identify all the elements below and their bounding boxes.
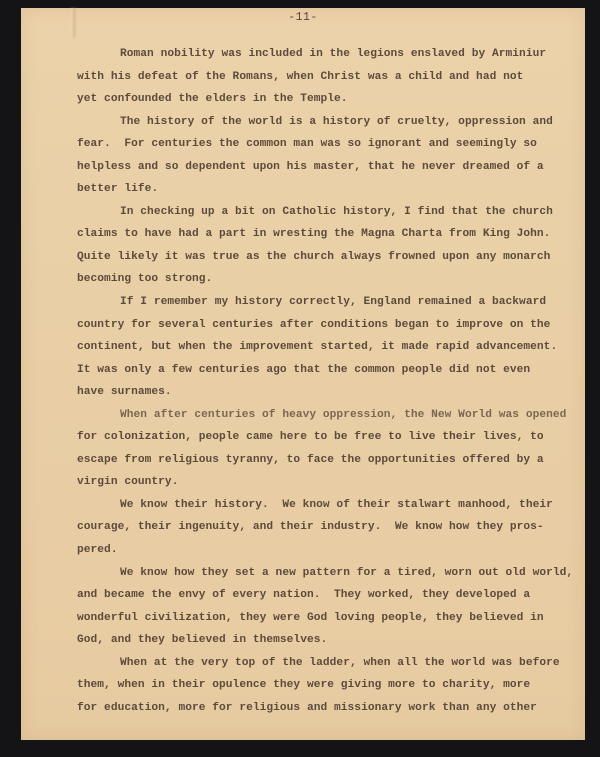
text-line: have surnames. — [77, 381, 577, 404]
text-line: courage, their ingenuity, and their indu… — [77, 516, 577, 539]
text-line: In checking up a bit on Catholic history… — [77, 201, 577, 224]
paragraph: When after centuries of heavy oppression… — [77, 404, 577, 494]
paragraph: In checking up a bit on Catholic history… — [77, 201, 577, 291]
typewritten-page: -11- Roman nobility was included in the … — [21, 8, 585, 740]
text-line: escape from religious tyranny, to face t… — [77, 449, 577, 472]
paragraph: We know their history. We know of their … — [77, 494, 577, 562]
text-line: We know their history. We know of their … — [77, 494, 577, 517]
text-line: fear. For centuries the common man was s… — [77, 133, 577, 156]
text-line: becoming too strong. — [77, 268, 577, 291]
text-line: pered. — [77, 539, 577, 562]
text-line: If I remember my history correctly, Engl… — [77, 291, 577, 314]
text-line: wonderful civilization, they were God lo… — [77, 607, 577, 630]
text-line: and became the envy of every nation. The… — [77, 584, 577, 607]
document-body: Roman nobility was included in the legio… — [77, 43, 577, 719]
paragraph: We know how they set a new pattern for a… — [77, 562, 577, 652]
text-line: When after centuries of heavy oppression… — [77, 404, 577, 427]
text-line: better life. — [77, 178, 577, 201]
text-line: for education, more for religious and mi… — [77, 697, 577, 720]
text-line: Quite likely it was true as the church a… — [77, 246, 577, 269]
text-line: Roman nobility was included in the legio… — [77, 43, 577, 66]
paragraph: If I remember my history correctly, Engl… — [77, 291, 577, 404]
text-line: helpless and so dependent upon his maste… — [77, 156, 577, 179]
text-line: yet confounded the elders in the Temple. — [77, 88, 577, 111]
text-line: claims to have had a part in wresting th… — [77, 223, 577, 246]
text-line: continent, but when the improvement star… — [77, 336, 577, 359]
paragraph: When at the very top of the ladder, when… — [77, 652, 577, 720]
text-line: It was only a few centuries ago that the… — [77, 359, 577, 382]
text-line: The history of the world is a history of… — [77, 111, 577, 134]
paragraph: The history of the world is a history of… — [77, 111, 577, 201]
paragraph: Roman nobility was included in the legio… — [77, 43, 577, 111]
text-line: God, and they believed in themselves. — [77, 629, 577, 652]
text-line: country for several centuries after cond… — [77, 314, 577, 337]
text-line: We know how they set a new pattern for a… — [77, 562, 577, 585]
text-line: virgin country. — [77, 471, 577, 494]
text-line: When at the very top of the ladder, when… — [77, 652, 577, 675]
text-line: for colonization, people came here to be… — [77, 426, 577, 449]
page-number: -11- — [21, 11, 585, 24]
text-line: them, when in their opulence they were g… — [77, 674, 577, 697]
text-line: with his defeat of the Romans, when Chri… — [77, 66, 577, 89]
